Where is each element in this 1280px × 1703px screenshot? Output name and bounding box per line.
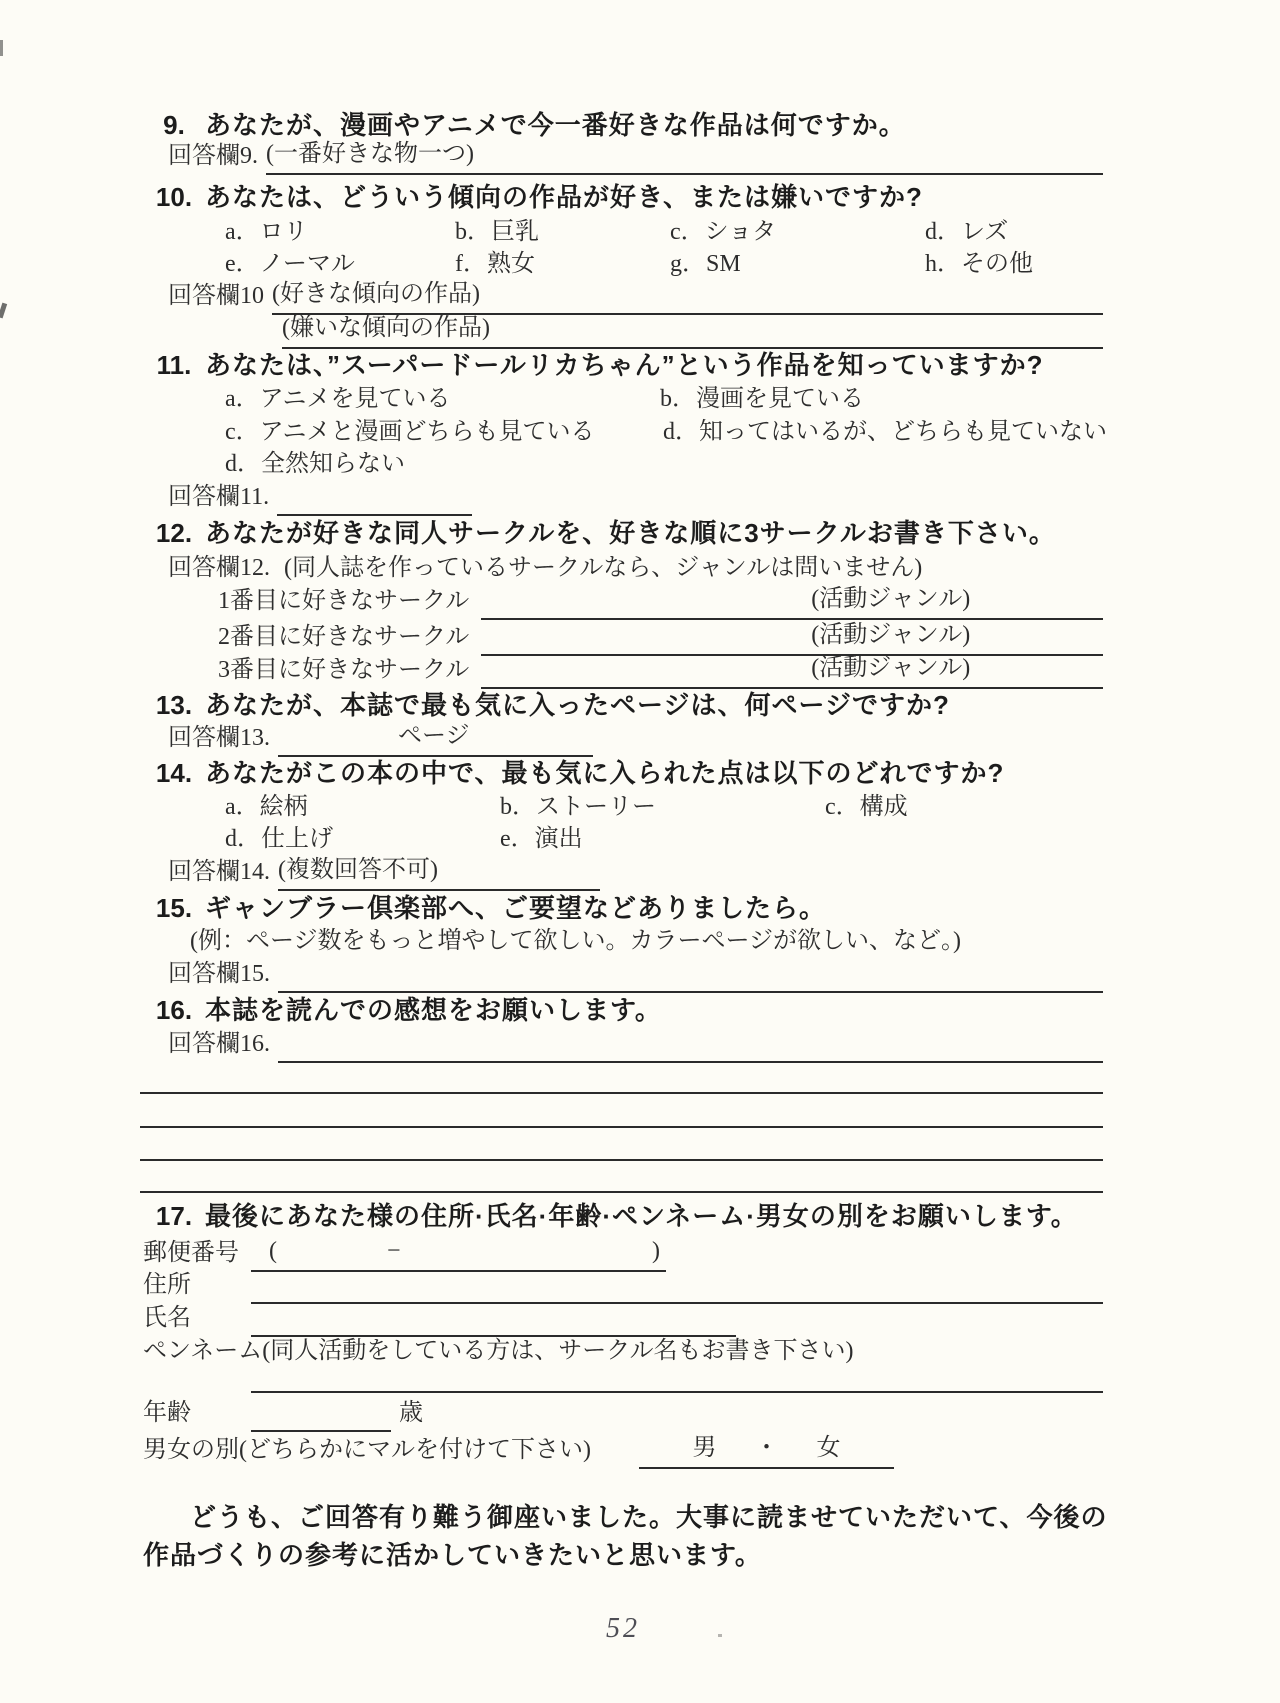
q14-option-b: b．ストーリー <box>500 794 656 822</box>
q17-penname-row: ペンネーム(同人活動をしている方は、サークル名もお書き下さい) <box>143 1338 854 1366</box>
q17-gender-separator: ・ <box>754 1435 778 1463</box>
q17-postal-open-paren: ( <box>269 1238 277 1266</box>
q11-option-b: b．漫画を見ている <box>660 386 864 414</box>
q10-option-e: e．ノーマル <box>225 251 355 279</box>
q16-comment-line-1 <box>140 1092 1103 1094</box>
q14-number: 14. <box>143 759 205 789</box>
q17-penname-line <box>251 1391 1103 1393</box>
q11-option-a: a．アニメを見ている <box>225 386 450 414</box>
q10-like-hint: (好きな傾向の作品) <box>272 281 480 309</box>
q16-text: 本誌を読んでの感想をお願いします。 <box>205 996 662 1026</box>
q14-heading: 14. あなたがこの本の中で、最も気に入られた点は以下のどれですか? <box>143 759 1004 789</box>
q17-name-row: 氏名 <box>143 1305 736 1337</box>
q9-answer-row: 回答欄9. (一番好きな物一つ) <box>168 141 1103 175</box>
q12-genre-hint-1: (活動ジャンル) <box>811 586 970 614</box>
q17-address-label: 住所 <box>143 1272 243 1304</box>
q12-circle-line-2: (活動ジャンル) <box>481 622 1103 656</box>
q17-postal-dash: − <box>387 1238 401 1266</box>
q12-circle-line-1: (活動ジャンル) <box>481 586 1103 620</box>
q10-text: あなたは、どういう傾向の作品が好き、または嫌いですか? <box>205 183 923 213</box>
q10-heading: 10. あなたは、どういう傾向の作品が好き、または嫌いですか? <box>143 183 923 213</box>
q12-genre-hint-2: (活動ジャンル) <box>811 622 970 650</box>
q17-age-label: 年齢 <box>143 1400 243 1432</box>
q9-heading: 9. あなたが、漫画やアニメで今一番好きな作品は何ですか。 <box>143 111 906 141</box>
page-number: 52 <box>606 1613 640 1645</box>
q17-gender-female: 女 <box>816 1435 840 1463</box>
q17-address-row: 住所 <box>143 1272 1103 1304</box>
q16-number: 16. <box>143 996 205 1026</box>
q14-option-e: e．演出 <box>500 826 583 854</box>
q15-number: 15. <box>143 894 205 924</box>
q9-answer-hint: (一番好きな物一つ) <box>266 141 474 169</box>
q12-number: 12. <box>143 519 205 549</box>
q17-age-line <box>251 1400 391 1432</box>
q17-heading: 17. 最後にあなた様の住所·氏名·年齢·ペンネーム·男女の別をお願いします。 <box>143 1202 1078 1232</box>
q17-number: 17. <box>143 1202 205 1232</box>
q9-text: あなたが、漫画やアニメで今一番好きな作品は何ですか。 <box>205 111 906 141</box>
q15-text: ギャンブラー倶楽部へ、ご要望などありましたら。 <box>205 894 826 924</box>
q11-answer-label: 回答欄11. <box>168 484 269 516</box>
q10-option-a: a．ロリ <box>225 219 308 247</box>
thanks-line-2: 作品づくりの参考に活かしていきたいと思います。 <box>143 1540 762 1571</box>
q9-answer-line: (一番好きな物一つ) <box>266 141 1103 175</box>
q10-option-g: g．SM <box>670 251 741 279</box>
q17-postal-row: 郵便番号 ( − ) <box>143 1238 666 1272</box>
q11-heading: 11. あなたは、”スーパードールリカちゃん”という作品を知っていますか? <box>143 351 1044 381</box>
q17-age-row: 年齢 歳 <box>143 1400 431 1432</box>
q16-heading: 16. 本誌を読んでの感想をお願いします。 <box>143 996 662 1026</box>
q17-postal-line: ( − ) <box>251 1238 666 1272</box>
q17-penname-label: ペンネーム <box>143 1338 262 1364</box>
q14-answer-hint: (複数回答不可) <box>278 857 438 885</box>
q10-option-d: d．レズ <box>925 219 1008 247</box>
q17-gender-line: 男 ・ 女 <box>639 1435 894 1469</box>
q15-heading: 15. ギャンブラー倶楽部へ、ご要望などありましたら。 <box>143 894 826 924</box>
questionnaire-page: 9. あなたが、漫画やアニメで今一番好きな作品は何ですか。 回答欄9. (一番好… <box>0 0 1280 1703</box>
q11-option-d2: d．全然知らない <box>225 451 405 479</box>
q11-number: 11. <box>143 351 205 381</box>
q10-answer-label: 回答欄10 <box>168 283 264 315</box>
q17-name-label: 氏名 <box>143 1305 243 1337</box>
q10-option-f: f．熟女 <box>455 251 535 279</box>
q17-gender-hint: (どちらかにマルを付けて下さい) <box>239 1437 591 1469</box>
q10-dislike-hint: (嫌いな傾向の作品) <box>282 315 490 343</box>
q17-postal-close-paren: ) <box>652 1238 660 1266</box>
q13-heading: 13. あなたが、本誌で最も気に入ったページは、何ページですか? <box>143 691 950 721</box>
q12-circle-row-2: 2番目に好きなサークル (活動ジャンル) <box>218 622 1103 656</box>
q13-number: 13. <box>143 691 205 721</box>
q17-gender-label: 男女の別 <box>143 1437 239 1469</box>
q16-answer-row: 回答欄16. <box>168 1031 1103 1063</box>
q16-comment-line-3 <box>140 1159 1103 1161</box>
q14-option-a: a．絵柄 <box>225 794 308 822</box>
q10-number: 10. <box>143 183 205 213</box>
q15-answer-label: 回答欄15. <box>168 961 270 993</box>
q13-text: あなたが、本誌で最も気に入ったページは、何ページですか? <box>205 691 950 721</box>
q10-dislike-line: (嫌いな傾向の作品) <box>282 315 1103 349</box>
q12-answer-label: 回答欄12. <box>168 555 270 581</box>
q11-answer-line <box>277 484 472 516</box>
q17-penname-hint: (同人活動をしている方は、サークル名もお書き下さい) <box>262 1338 853 1364</box>
scan-artifact <box>718 1634 722 1637</box>
q13-page-unit: ページ <box>398 723 470 751</box>
q11-text: あなたは、”スーパードールリカちゃん”という作品を知っていますか? <box>205 351 1044 381</box>
q17-address-line <box>251 1272 1103 1304</box>
q14-option-c: c．構成 <box>825 794 908 822</box>
q9-number: 9. <box>143 111 205 141</box>
q12-circle-line-3: (活動ジャンル) <box>481 655 1103 689</box>
q17-age-unit: 歳 <box>399 1400 423 1432</box>
q12-circle-row-1: 1番目に好きなサークル (活動ジャンル) <box>218 586 1103 620</box>
q14-answer-line: (複数回答不可) <box>278 857 600 891</box>
q12-answer-note: 回答欄12. (同人誌を作っているサークルなら、ジャンルは問いません) <box>168 555 922 583</box>
q13-answer-line: ページ <box>278 723 593 757</box>
q12-circle-row-3: 3番目に好きなサークル (活動ジャンル) <box>218 655 1103 689</box>
q17-name-line <box>251 1305 736 1337</box>
q10-option-c: c．ショタ <box>670 219 776 247</box>
q16-answer-line <box>278 1031 1103 1063</box>
q17-gender-row: 男女の別 (どちらかにマルを付けて下さい) 男 ・ 女 <box>143 1435 894 1469</box>
q11-answer-row: 回答欄11. <box>168 484 472 516</box>
q17-gender-male: 男 <box>692 1435 716 1463</box>
scan-artifact <box>0 303 7 319</box>
q12-circle-label-1: 1番目に好きなサークル <box>218 588 469 620</box>
thanks-line-1: どうも、ご回答有り難う御座いました。大事に読ませていただいて、今後の <box>190 1502 1107 1533</box>
q12-answer-hint: (同人誌を作っているサークルなら、ジャンルは問いません) <box>284 555 922 581</box>
q16-answer-label: 回答欄16. <box>168 1031 270 1063</box>
q10-like-line: (好きな傾向の作品) <box>272 281 1103 315</box>
q12-text: あなたが好きな同人サークルを、好きな順に3サークルお書き下さい。 <box>205 519 1056 549</box>
scan-artifact <box>0 40 3 56</box>
q9-answer-label: 回答欄9. <box>168 143 258 175</box>
q11-option-d: d．知ってはいるが、どちらも見ていない <box>663 419 1107 447</box>
q17-postal-label: 郵便番号 <box>143 1240 243 1272</box>
q15-answer-line <box>278 961 1103 993</box>
q15-example: (例：ページ数をもっと増やして欲しい。カラーページが欲しい、など。) <box>190 928 961 956</box>
q14-option-d: d．仕上げ <box>225 826 333 854</box>
q16-comment-line-4 <box>140 1191 1103 1193</box>
q10-option-h: h．その他 <box>925 251 1033 279</box>
q12-heading: 12. あなたが好きな同人サークルを、好きな順に3サークルお書き下さい。 <box>143 519 1056 549</box>
q12-circle-label-2: 2番目に好きなサークル <box>218 624 469 656</box>
q10-like-answer-row: 回答欄10 (好きな傾向の作品) <box>168 281 1103 315</box>
q13-answer-label: 回答欄13. <box>168 725 270 757</box>
q10-dislike-answer-row: (嫌いな傾向の作品) <box>282 315 1103 349</box>
q10-option-b: b．巨乳 <box>455 219 539 247</box>
q13-answer-row: 回答欄13. ページ <box>168 723 593 757</box>
q11-option-c: c．アニメと漫画どちらも見ている <box>225 419 594 447</box>
q16-comment-line-2 <box>140 1126 1103 1128</box>
q12-genre-hint-3: (活動ジャンル) <box>811 655 970 683</box>
q15-answer-row: 回答欄15. <box>168 961 1103 993</box>
q14-answer-row: 回答欄14. (複数回答不可) <box>168 857 600 891</box>
q14-text: あなたがこの本の中で、最も気に入られた点は以下のどれですか? <box>205 759 1004 789</box>
q14-answer-label: 回答欄14. <box>168 859 270 891</box>
q17-text: 最後にあなた様の住所·氏名·年齢·ペンネーム·男女の別をお願いします。 <box>205 1202 1078 1232</box>
q12-circle-label-3: 3番目に好きなサークル <box>218 657 469 689</box>
